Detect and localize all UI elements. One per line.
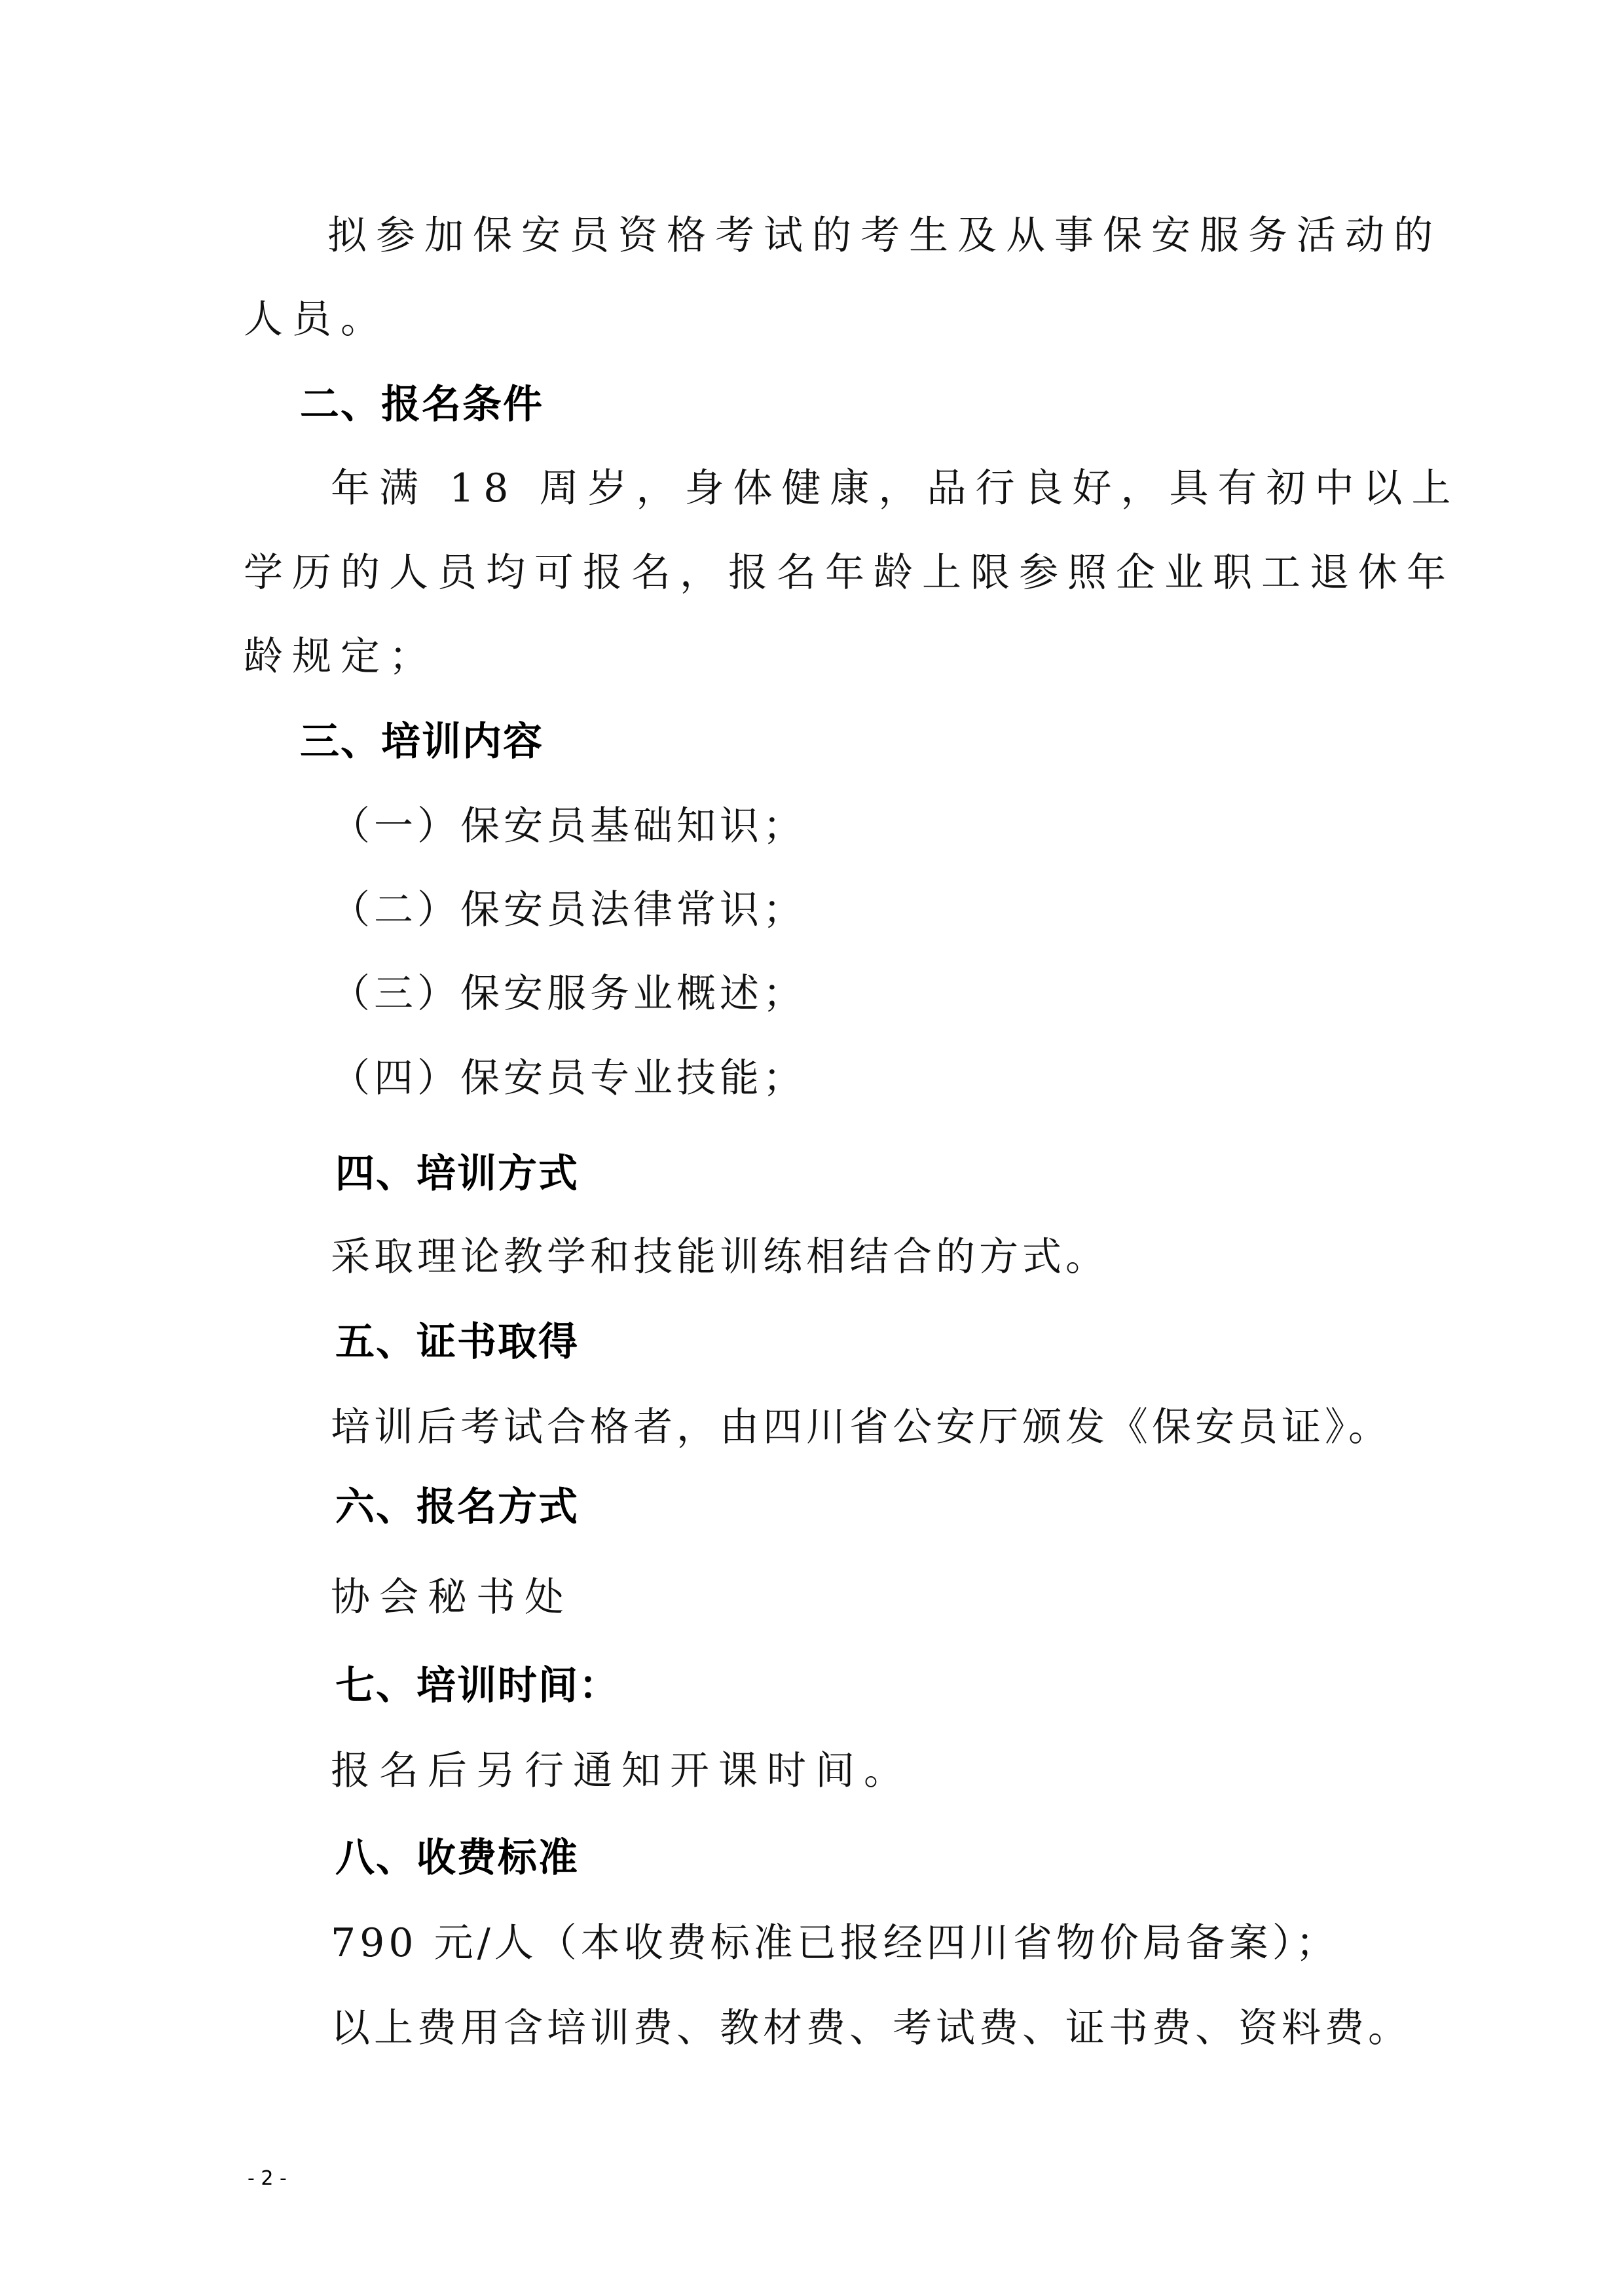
requirements-line-1: 年满 18 周岁，身体健康，品行良好，具有初中以上 bbox=[331, 469, 1460, 508]
intro-line-1: 拟参加保安员资格考试的考生及从事保安服务活动的 bbox=[327, 216, 1442, 255]
training-method-text: 采取理论教学和技能训练相结合的方式。 bbox=[331, 1237, 1109, 1277]
page-number: - 2 - bbox=[248, 2167, 287, 2190]
requirements-line-2: 学历的人员均可报名，报名年龄上限参照企业职工退休年 bbox=[244, 553, 1455, 592]
section-heading-fee-standard: 八、收费标准 bbox=[335, 1838, 579, 1878]
certificate-text: 培训后考试合格者，由四川省公安厅颁发《保安员证》。 bbox=[331, 1408, 1392, 1447]
training-content-item-3: （三）保安服务业概述； bbox=[331, 974, 806, 1013]
document-page: 拟参加保安员资格考试的考生及从事保安服务活动的 人员。 二、报名条件 年满 18… bbox=[0, 0, 1624, 2296]
fee-line-2: 以上费用含培训费、教材费、考试费、证书费、资料费。 bbox=[331, 2009, 1411, 2048]
section-heading-registration-method: 六、报名方式 bbox=[335, 1487, 579, 1527]
registration-method-text: 协会秘书处 bbox=[331, 1578, 573, 1617]
intro-line-2: 人员。 bbox=[244, 300, 389, 339]
training-time-text: 报名后另行通知开课时间。 bbox=[331, 1751, 912, 1791]
training-content-item-2: （二）保安员法律常识； bbox=[331, 890, 806, 930]
section-heading-training-method: 四、培训方式 bbox=[335, 1154, 579, 1194]
section-heading-certificate: 五、证书取得 bbox=[335, 1322, 579, 1362]
section-heading-registration-requirements: 二、报名条件 bbox=[300, 385, 544, 424]
requirements-line-3: 龄规定； bbox=[244, 637, 437, 676]
section-heading-training-time: 七、培训时间： bbox=[335, 1666, 619, 1705]
fee-line-1: 790 元/人（本收费标准已报经四川省物价局备案）； bbox=[331, 1923, 1339, 1963]
training-content-item-1: （一）保安员基础知识； bbox=[331, 807, 806, 846]
training-content-item-4: （四）保安员专业技能； bbox=[331, 1059, 806, 1098]
section-heading-training-content: 三、培训内容 bbox=[300, 722, 544, 761]
